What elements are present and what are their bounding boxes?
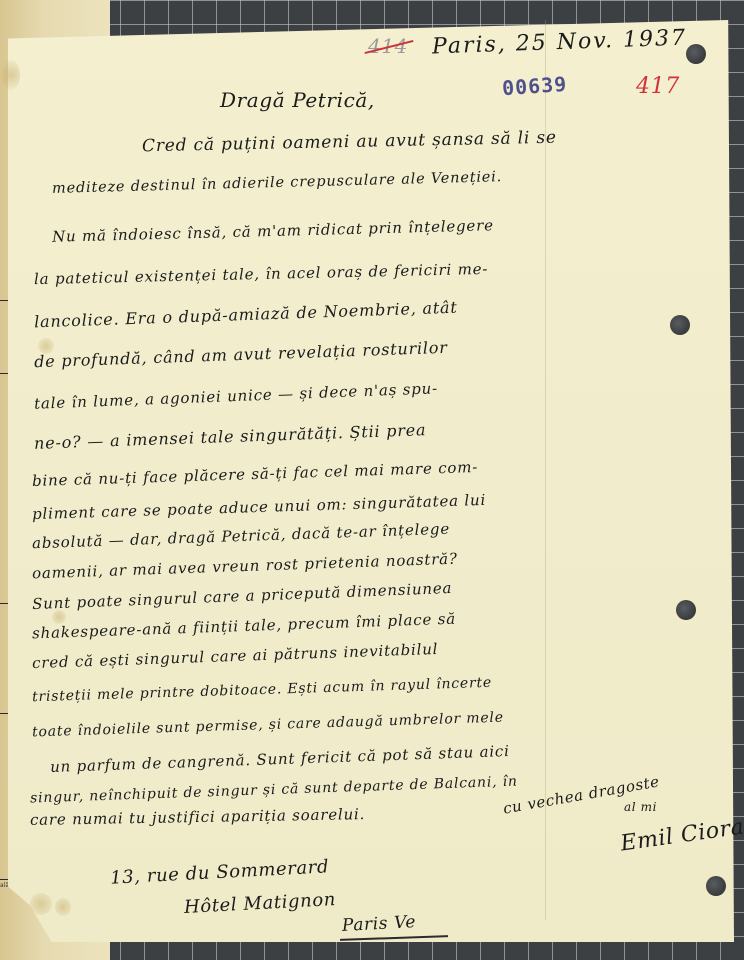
stain xyxy=(30,893,52,915)
punch-hole xyxy=(686,44,706,64)
paper-fold xyxy=(545,20,546,920)
address-line-3: Paris Ve xyxy=(342,912,417,936)
archive-stamp: 00639 xyxy=(501,72,568,100)
salutation: Dragă Petrică, xyxy=(220,88,375,112)
page-number-red: 417 xyxy=(636,74,680,99)
old-number-crossed: 414 xyxy=(368,34,408,58)
stain xyxy=(2,60,20,90)
stain xyxy=(55,898,71,916)
punch-hole xyxy=(706,876,726,896)
punch-hole xyxy=(676,600,696,620)
punch-hole xyxy=(670,315,690,335)
closing-second: al mi xyxy=(624,800,657,814)
underlying-page-label: ală xyxy=(0,882,9,889)
